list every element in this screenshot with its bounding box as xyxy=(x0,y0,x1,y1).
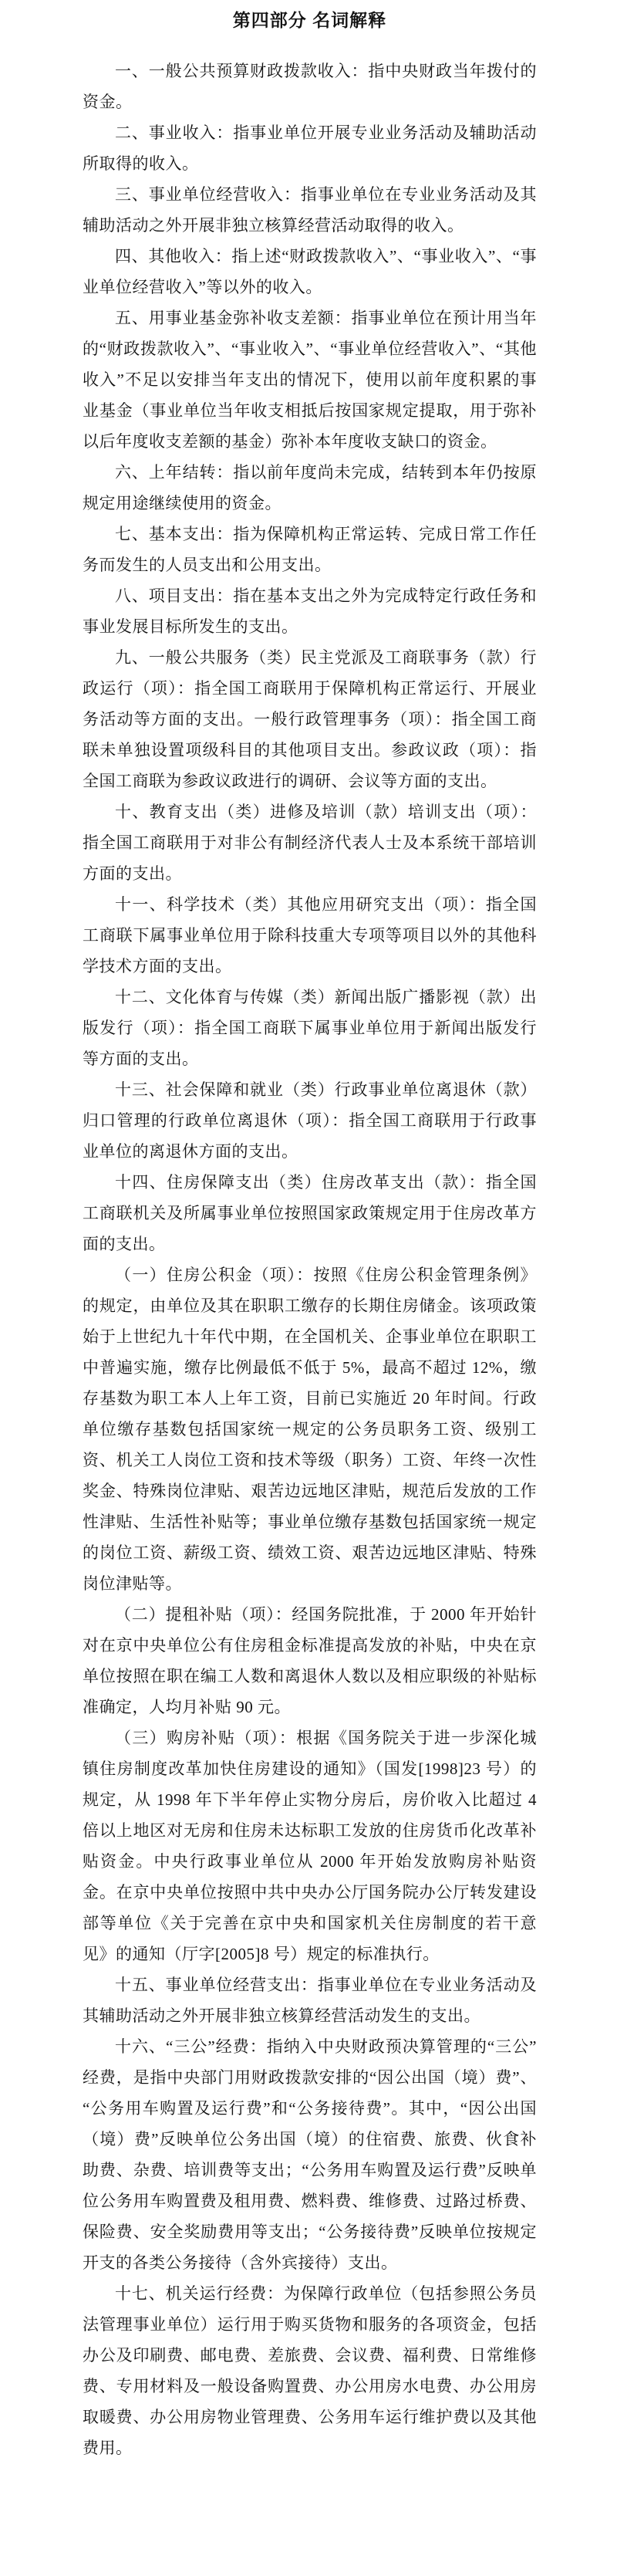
paragraph: 二、事业收入：指事业单位开展专业业务活动及辅助活动所取得的收入。 xyxy=(83,117,537,179)
paragraph: 三、事业单位经营收入：指事业单位在专业业务活动及其辅助活动之外开展非独立核算经营… xyxy=(83,179,537,241)
paragraph: 四、其他收入：指上述“财政拨款收入”、“事业收入”、“事业单位经营收入”等以外的… xyxy=(83,241,537,303)
paragraph: 八、项目支出：指在基本支出之外为完成特定行政任务和事业发展目标所发生的支出。 xyxy=(83,580,537,642)
paragraph: （二）提租补贴（项）：经国务院批准，于 2000 年开始针对在京中央单位公有住房… xyxy=(83,1599,537,1722)
paragraph: 十六、“三公”经费：指纳入中央财政预决算管理的“三公”经费，是指中央部门用财政拨… xyxy=(83,2031,537,2278)
document-page: 第四部分 名词解释 一、一般公共预算财政拨款收入：指中央财政当年拨付的资金。二、… xyxy=(0,0,617,2576)
paragraph: （三）购房补贴（项）：根据《国务院关于进一步深化城镇住房制度改革加快住房建设的通… xyxy=(83,1722,537,1969)
paragraph: 十七、机关运行经费：为保障行政单位（包括参照公务员法管理事业单位）运行用于购买货… xyxy=(83,2278,537,2463)
paragraph: 九、一般公共服务（类）民主党派及工商联事务（款）行政运行（项）：指全国工商联用于… xyxy=(83,642,537,796)
paragraph: 七、基本支出：指为保障机构正常运转、完成日常工作任务而发生的人员支出和公用支出。 xyxy=(83,519,537,580)
paragraph: 五、用事业基金弥补收支差额：指事业单位在预计用当年的“财政拨款收入”、“事业收入… xyxy=(83,303,537,457)
paragraph: 十三、社会保障和就业（类）行政事业单位离退休（款）归口管理的行政单位离退休（项）… xyxy=(83,1074,537,1167)
paragraph: 十二、文化体育与传媒（类）新闻出版广播影视（款）出版发行（项）：指全国工商联下属… xyxy=(83,982,537,1074)
paragraph: 六、上年结转：指以前年度尚未完成，结转到本年仍按原规定用途继续使用的资金。 xyxy=(83,457,537,519)
paragraph: 十、教育支出（类）进修及培训（款）培训支出（项）：指全国工商联用于对非公有制经济… xyxy=(83,796,537,889)
paragraph-list: 一、一般公共预算财政拨款收入：指中央财政当年拨付的资金。二、事业收入：指事业单位… xyxy=(83,56,537,2463)
paragraph: 十四、住房保障支出（类）住房改革支出（款）：指全国工商联机关及所属事业单位按照国… xyxy=(83,1167,537,1259)
paragraph: 十一、科学技术（类）其他应用研究支出（项）：指全国工商联下属事业单位用于除科技重… xyxy=(83,889,537,982)
page-title: 第四部分 名词解释 xyxy=(83,9,537,31)
paragraph: 一、一般公共预算财政拨款收入：指中央财政当年拨付的资金。 xyxy=(83,56,537,117)
paragraph: （一）住房公积金（项）：按照《住房公积金管理条例》的规定，由单位及其在职职工缴存… xyxy=(83,1259,537,1599)
paragraph: 十五、事业单位经营支出：指事业单位在专业业务活动及其辅助活动之外开展非独立核算经… xyxy=(83,1969,537,2031)
